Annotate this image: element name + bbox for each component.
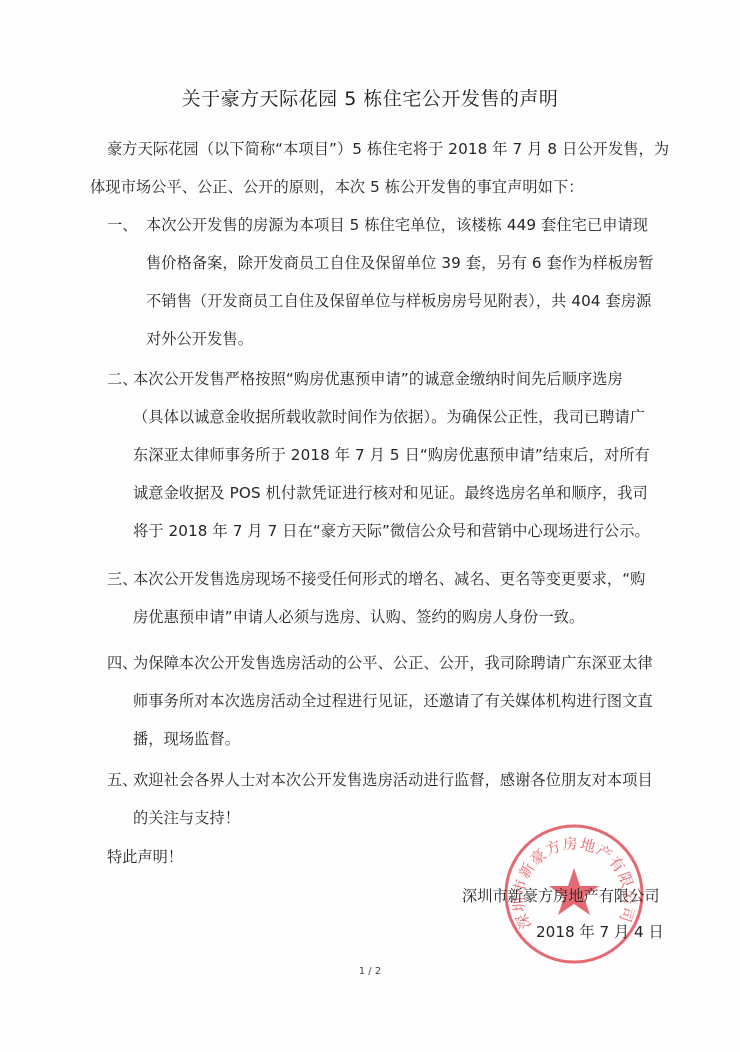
signature-date: 2018 年 7 月 4 日: [536, 921, 664, 942]
company-name: 深圳市新豪方房地产有限公司: [462, 885, 659, 906]
section-3-line-2: 房优惠预申请”申请人必须与选房、认购、签约的购房人身份一致。: [133, 606, 584, 627]
section-4-line-2: 师事务所对本次选房活动全过程进行见证，还邀请了有关媒体机构进行图文直: [133, 690, 653, 711]
section-4-line-3: 播，现场监督。: [133, 728, 240, 749]
section-5-line-2: 的关注与支持！: [133, 807, 240, 828]
section-2-line-4: 诚意金收据及 POS 机付款凭证进行核对和见证。最终选房名单和顺序，我司: [133, 482, 648, 503]
section-1-line-3: 不销售（开发商员工自住及保留单位与样板房房号见附表），共 404 套房源: [146, 290, 651, 311]
document-page: 关于豪方天际花园 5 栋住宅公开发售的声明 豪方天际花园（以下简称“本项目”）5…: [0, 0, 740, 1052]
section-4-line-1: 为保障本次公开发售选房活动的公平、公正、公开，我司除聘请广东深亚太律: [133, 652, 653, 673]
section-3-line-1: 本次公开发售选房现场不接受任何形式的增名、减名、更名等变更要求，“购: [133, 568, 645, 589]
section-5-line-1: 欢迎社会各界人士对本次公开发售选房活动进行监督，感谢各位朋友对本项目: [133, 769, 653, 790]
intro-line-1: 豪方天际花园（以下简称“本项目”）5 栋住宅将于 2018 年 7 月 8 日公…: [107, 138, 669, 159]
intro-line-2: 体现市场公平、公正、公开的原则，本次 5 栋公开发售的事宜声明如下：: [90, 176, 584, 197]
section-1-line-1: 本次公开发售的房源为本项目 5 栋住宅单位，该楼栋 449 套住宅已申请现: [146, 214, 648, 235]
document-title: 关于豪方天际花园 5 栋住宅公开发售的声明: [0, 84, 740, 111]
section-2-line-3: 东深亚太律师事务所于 2018 年 7 月 5 日“购房优惠预申请”结束后，对所…: [133, 444, 650, 465]
section-2-line-5: 将于 2018 年 7 月 7 日在“豪方天际”微信公众号和营销中心现场进行公示…: [133, 520, 650, 541]
section-1-line-4: 对外公开发售。: [146, 328, 253, 349]
section-2-line-2: （具体以诚意金收据所载收款时间作为依据）。为确保公正性，我司已聘请广: [133, 406, 645, 427]
section-1-line-2: 售价格备案，除开发商员工自住及保留单位 39 套，另有 6 套作为样板房暂: [146, 252, 654, 273]
section-1-number: 一、: [107, 214, 137, 235]
closing-statement: 特此声明！: [107, 846, 183, 867]
section-2-line-1: 本次公开发售严格按照“购房优惠预申请”的诚意金缴纳时间先后顺序选房: [133, 368, 623, 389]
page-number: 1 / 2: [0, 966, 740, 977]
